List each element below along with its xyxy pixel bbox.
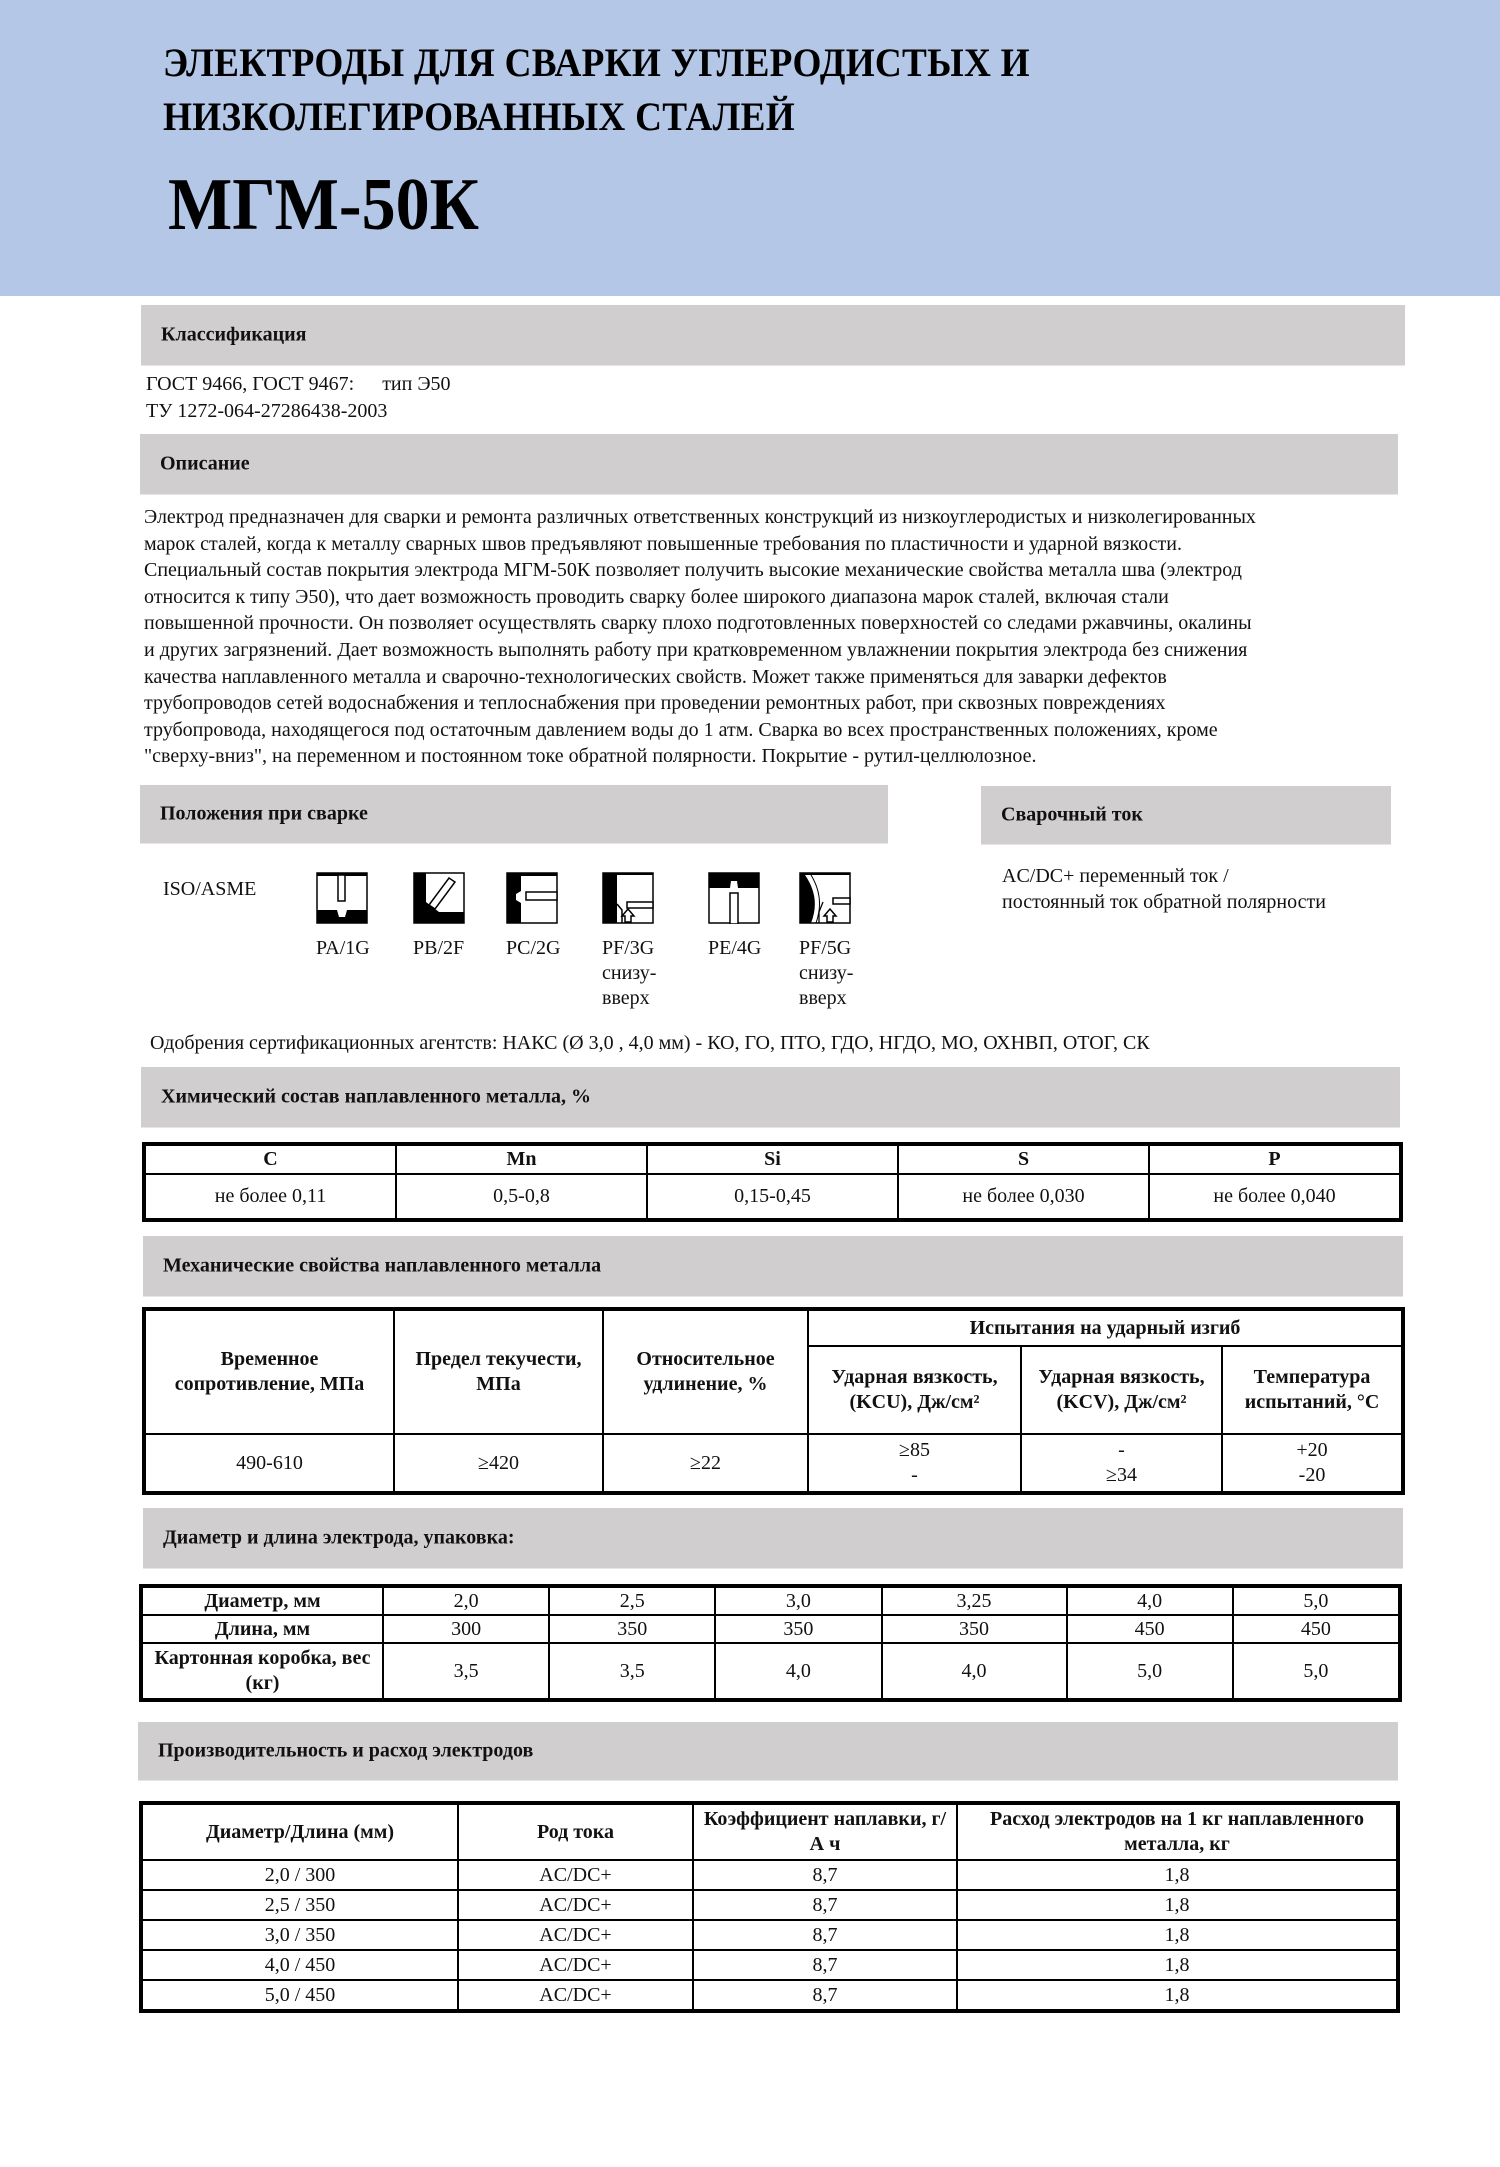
table-cell: 350 [715,1615,881,1643]
section-heading: Производительность и расход электродов [158,1740,533,1763]
classification-spec: ТУ 1272-064-27286438-2003 [146,398,387,425]
table-cell: не более 0,11 [145,1174,396,1219]
table-cell: 5,0 [1233,1587,1399,1615]
table-cell: -≥34 [1021,1434,1222,1492]
column-header: Mn [396,1145,647,1174]
mechanical-properties-table: Временное сопротивление, МПа Предел теку… [144,1309,1403,1493]
section-heading: Положения при сварке [160,803,368,826]
position-code: PA/1G [316,936,386,961]
table-cell: 3,0 / 350 [142,1920,458,1950]
column-header: Коэффициент наплавки, г/А ч [693,1804,957,1860]
position-pe-4g: PE/4G [708,872,778,961]
vertical-up-position-icon [602,872,654,924]
position-note: снизу- [602,961,672,986]
section-welding-current: Сварочный ток [981,786,1391,844]
position-code: PB/2F [413,936,483,961]
position-code: PF/5G снизу- вверх [799,936,869,1011]
table-cell: 8,7 [693,1860,957,1890]
product-name: МГМ-50К [168,160,479,250]
section-welding-positions: Положения при сварке [140,785,888,843]
row-header: Диаметр, мм [142,1587,383,1615]
row-header: Длина, мм [142,1615,383,1643]
horizontal-fillet-position-icon [413,872,465,924]
position-note: вверх [602,986,672,1011]
welding-current-line-2: постоянный ток обратной полярности [1002,889,1326,916]
table-cell: 350 [882,1615,1067,1643]
position-code: PC/2G [506,936,576,961]
section-heading: Классификация [161,324,306,347]
table-cell: 0,15-0,45 [647,1174,898,1219]
group-header: Испытания на ударный изгиб [808,1310,1402,1346]
table-cell: 490-610 [145,1434,394,1492]
section-description: Описание [140,434,1398,494]
title-line-2: НИЗКОЛЕГИРОВАННЫХ СТАЛЕЙ [163,90,1030,144]
position-note: вверх [799,986,869,1011]
table-cell: 450 [1067,1615,1233,1643]
description-text: Электрод предназначен для сварки и ремон… [144,504,1394,770]
table-cell: не более 0,040 [1149,1174,1400,1219]
table-cell: 1,8 [957,1890,1397,1920]
position-code: PE/4G [708,936,778,961]
table-cell: не более 0,030 [898,1174,1149,1219]
table-cell: ≥85- [808,1434,1021,1492]
pipe-vertical-up-position-icon [799,872,851,924]
column-header: Температура испытаний, °С [1222,1346,1402,1434]
table-cell: 3,0 [715,1587,881,1615]
dimensions-table: Диаметр, мм 2,0 2,5 3,0 3,25 4,0 5,0 Дли… [141,1586,1400,1700]
flat-position-icon [316,872,368,924]
header-banner: ЭЛЕКТРОДЫ ДЛЯ СВАРКИ УГЛЕРОДИСТЫХ И НИЗК… [0,0,1500,296]
table-cell: 2,0 [383,1587,549,1615]
electrode-type: тип Э50 [382,373,450,395]
column-header: Род тока [458,1804,693,1860]
table-cell: ≥22 [603,1434,808,1492]
table-cell: 4,0 [882,1643,1067,1699]
productivity-table: Диаметр/Длина (мм) Род тока Коэффициент … [141,1803,1398,2011]
document-title: ЭЛЕКТРОДЫ ДЛЯ СВАРКИ УГЛЕРОДИСТЫХ И НИЗК… [163,36,1030,144]
chemical-composition-table: C Mn Si S P не более 0,11 0,5-0,8 0,15-0… [144,1144,1401,1220]
column-header: Si [647,1145,898,1174]
table-cell: 3,25 [882,1587,1067,1615]
section-heading: Диаметр и длина электрода, упаковка: [163,1527,514,1550]
section-mechanical-properties: Механические свойства наплавленного мета… [143,1236,1403,1296]
table-cell: AC/DC+ [458,1950,693,1980]
table-cell: ≥420 [394,1434,603,1492]
standard-label: ISO/ASME [163,876,256,903]
welding-current-line-1: AC/DC+ переменный ток / [1002,863,1229,890]
table-cell: 5,0 [1067,1643,1233,1699]
horizontal-position-icon [506,872,558,924]
column-header: Ударная вязкость, (KCU), Дж/см² [808,1346,1021,1434]
position-note: снизу- [799,961,869,986]
table-cell: 450 [1233,1615,1399,1643]
position-pc-2g: PC/2G [506,872,576,961]
column-header: Временное сопротивление, МПа [145,1310,394,1434]
position-pf-3g: PF/3G снизу- вверх [602,872,672,1011]
table-cell: 300 [383,1615,549,1643]
table-cell: 0,5-0,8 [396,1174,647,1219]
position-pb-2f: PB/2F [413,872,483,961]
table-cell: 4,0 / 450 [142,1950,458,1980]
section-productivity: Производительность и расход электродов [138,1722,1398,1780]
table-cell: 2,5 / 350 [142,1890,458,1920]
column-header: Расход электродов на 1 кг наплавленного … [957,1804,1397,1860]
table-cell: 1,8 [957,1860,1397,1890]
column-header: Диаметр/Длина (мм) [142,1804,458,1860]
section-heading: Химический состав наплавленного металла,… [161,1086,591,1109]
table-cell: 3,5 [549,1643,715,1699]
table-cell: AC/DC+ [458,1890,693,1920]
section-heading: Механические свойства наплавленного мета… [163,1255,601,1278]
approvals-text: Одобрения сертификационных агентств: НАК… [150,1030,1150,1057]
column-header: Ударная вязкость, (KCV), Дж/см² [1021,1346,1222,1434]
table-cell: 8,7 [693,1980,957,2010]
section-chemical-composition: Химический состав наплавленного металла,… [141,1067,1400,1127]
column-header: C [145,1145,396,1174]
table-cell: 8,7 [693,1890,957,1920]
column-header: P [1149,1145,1400,1174]
table-cell: 5,0 / 450 [142,1980,458,2010]
table-cell: 1,8 [957,1980,1397,2010]
section-heading: Описание [160,453,250,476]
table-cell: 8,7 [693,1950,957,1980]
table-cell: 4,0 [715,1643,881,1699]
position-pa-1g: PA/1G [316,872,386,961]
overhead-position-icon [708,872,760,924]
classification-standards: ГОСТ 9466, ГОСТ 9467:тип Э50 [146,371,451,398]
table-cell: 3,5 [383,1643,549,1699]
column-header: Относительное удлинение, % [603,1310,808,1434]
section-dimensions: Диаметр и длина электрода, упаковка: [143,1508,1403,1568]
table-cell: 4,0 [1067,1587,1233,1615]
table-cell: 1,8 [957,1950,1397,1980]
column-header: S [898,1145,1149,1174]
row-header: Картонная коробка, вес (кг) [142,1643,383,1699]
position-pf-5g: PF/5G снизу- вверх [799,872,869,1011]
table-cell: 2,0 / 300 [142,1860,458,1890]
title-line-1: ЭЛЕКТРОДЫ ДЛЯ СВАРКИ УГЛЕРОДИСТЫХ И [163,36,1030,90]
table-cell: 5,0 [1233,1643,1399,1699]
table-cell: AC/DC+ [458,1980,693,2010]
table-cell: +20-20 [1222,1434,1402,1492]
table-cell: 8,7 [693,1920,957,1950]
table-cell: AC/DC+ [458,1860,693,1890]
section-classification: Классификация [141,305,1405,365]
column-header: Предел текучести, МПа [394,1310,603,1434]
table-cell: 1,8 [957,1920,1397,1950]
position-code: PF/3G снизу- вверх [602,936,672,1011]
table-cell: 2,5 [549,1587,715,1615]
section-heading: Сварочный ток [1001,804,1143,827]
table-cell: AC/DC+ [458,1920,693,1950]
table-cell: 350 [549,1615,715,1643]
